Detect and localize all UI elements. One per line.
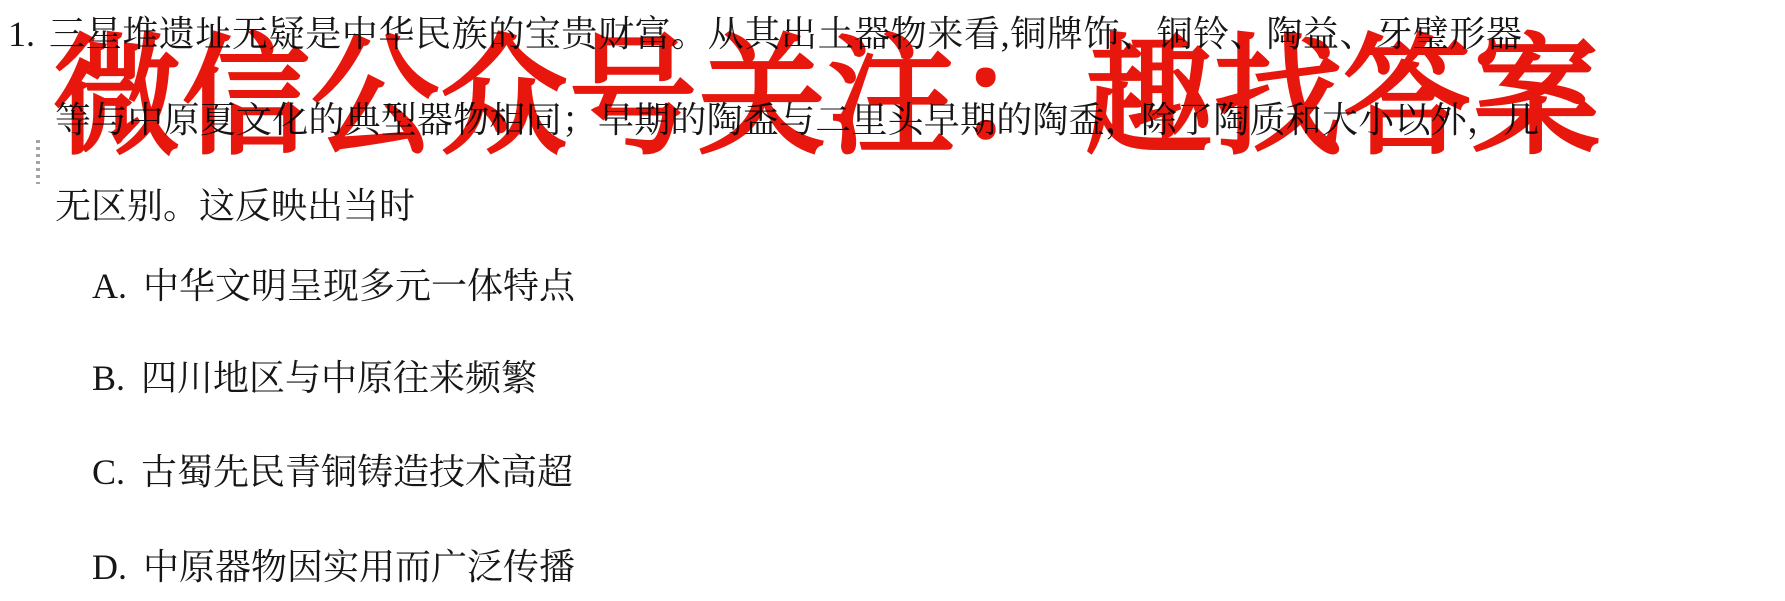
question-line-3: 无区别。这反映出当时 <box>55 184 415 229</box>
option-a: A.中华文明呈现多元一体特点 <box>92 264 575 309</box>
option-d-label: D. <box>92 545 127 590</box>
question-number: 1. <box>8 12 35 57</box>
watermark-text: 微信公众号关注：趣找答案 <box>53 30 1601 167</box>
option-b-label: B. <box>92 356 125 401</box>
option-d-text: 中原器物因实用而广泛传播 <box>143 547 575 587</box>
option-a-label: A. <box>92 264 127 309</box>
exam-page: 1.三星堆遗址无疑是中华民族的宝贵财富。从其出土器物来看,铜牌饰、铜铃、陶益、牙… <box>0 0 1785 601</box>
option-c: C.古蜀先民青铜铸造技术高超 <box>92 450 573 495</box>
option-d: D.中原器物因实用而广泛传播 <box>92 545 575 590</box>
option-b: B.四川地区与中原往来频繁 <box>92 356 537 401</box>
option-c-label: C. <box>92 450 125 495</box>
option-b-text: 四川地区与中原往来频繁 <box>141 358 537 398</box>
option-c-text: 古蜀先民青铜铸造技术高超 <box>141 452 573 492</box>
option-a-text: 中华文明呈现多元一体特点 <box>143 266 575 306</box>
scan-artifact <box>36 140 40 184</box>
